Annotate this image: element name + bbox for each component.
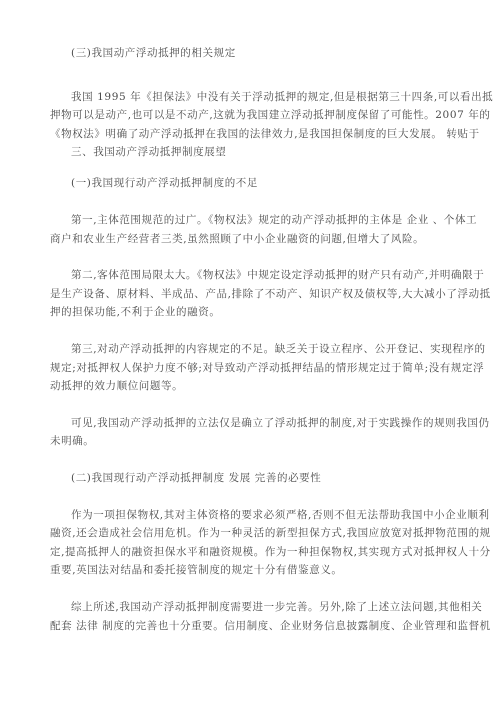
paragraph-line: 押的担保功能,不利于企业的融资。 xyxy=(50,305,220,319)
paragraph-line: 第二,客体范围局限太大。《物权法》中规定设定浮动抵押的财产只有动产,并明确限于 xyxy=(71,268,484,282)
paragraph-line: 未明确。 xyxy=(50,434,94,448)
paragraph-line: 是生产设备、原材料、半成品、产品,排除了不动产、知识产权及债权等,大大减小了浮动… xyxy=(50,287,491,301)
paragraph-line: 动抵押的效力顺位问题等。 xyxy=(50,379,183,393)
section-heading-outlook: 三、我国动产浮动抵押制度展望 xyxy=(71,145,226,159)
paragraph-line: 商户和农业生产经营者三类,虽然照顾了中小企业融资的问题,但增大了风险。 xyxy=(50,232,424,246)
paragraph-line: 《物权法》明确了动产浮动抵押在我国的法律效力,是我国担保制度的巨大发展。 转贴于 xyxy=(50,127,480,141)
paragraph-line: 融资,还会造成社会信用危机。作为一种灵活的新型担保方式,我国应放宽对抵押物范围的… xyxy=(50,526,491,540)
section-heading-regulations: (三)我国动产浮动抵押的相关规定 xyxy=(71,46,236,60)
paragraph-line: 我国 1995 年《担保法》中没有关于浮动抵押的规定,但是根据第三十四条,可以看… xyxy=(71,90,493,104)
section-heading-shortcomings: (一)我国现行动产浮动抵押制度的不足 xyxy=(71,176,258,190)
paragraph-line: 第三,对动产浮动抵押的内容规定的不足。缺乏关于设立程序、公开登记、实现程序的 xyxy=(71,342,486,356)
paragraph-line: 定,提高抵押人的融资担保水平和融资规模。作为一种担保物权,其实现方式对抵押权人十… xyxy=(50,545,491,559)
paragraph-line: 综上所述,我国动产浮动抵押制度需要进一步完善。另外,除了上述立法问题,其他相关 xyxy=(71,600,482,614)
section-heading-necessity: (二)我国现行动产浮动抵押制度 发展 完善的必要性 xyxy=(71,471,321,485)
paragraph-line: 规定;对抵押权人保护力度不够;对导致动产浮动抵押结晶的情形规定过于简单;没有规定… xyxy=(50,361,484,375)
paragraph-line: 配套 法律 制度的完善也十分重要。信用制度、企业财务信息披露制度、企业管理和监督… xyxy=(50,619,491,633)
document-page: (三)我国动产浮动抵押的相关规定 我国 1995 年《担保法》中没有关于浮动抵押… xyxy=(0,0,500,707)
paragraph-line: 重要,英国法对结晶和委托接管制度的规定十分有借鉴意义。 xyxy=(50,563,343,577)
paragraph-line: 第一,主体范围规范的过广。《物权法》规定的动产浮动抵押的主体是 企业 、个体工 xyxy=(71,213,477,227)
paragraph-line: 可见,我国动产浮动抵押的立法仅是确立了浮动抵押的制度,对于实践操作的规则我国仍 xyxy=(71,416,490,430)
paragraph-line: 押物可以是动产,也可以是不动产,这就为我国建立浮动抵押制度保留了可能性。2007… xyxy=(50,108,491,122)
paragraph-line: 作为一项担保物权,其对主体资格的要求必须严格,否则不但无法帮助我国中小企业顺利 xyxy=(71,508,490,522)
